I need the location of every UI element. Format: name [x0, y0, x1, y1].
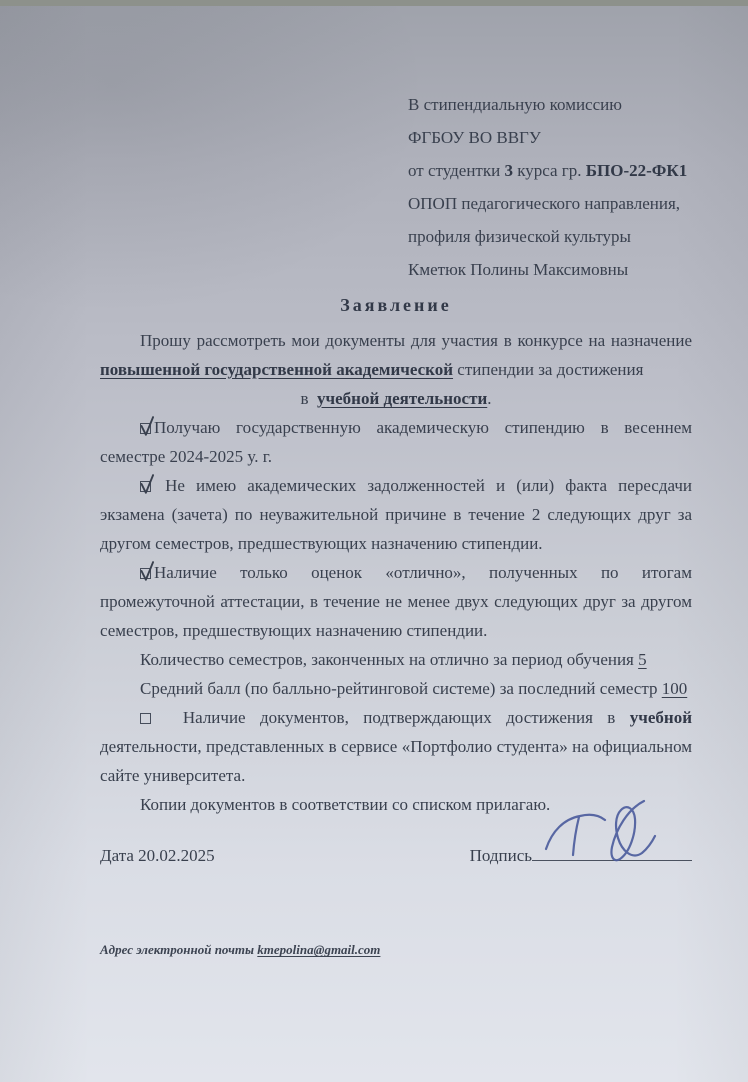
group-code: БПО-22-ФК1	[586, 161, 687, 180]
intro-part1: Прошу рассмотреть мои документы для учас…	[140, 331, 692, 350]
checklist-item-1-text: Получаю государственную академическую ст…	[100, 418, 692, 466]
date-value: 20.02.2025	[138, 846, 215, 865]
document-content: В стипендиальную комиссию ФГБОУ ВО ВВГУ …	[0, 0, 748, 960]
date-group: Дата 20.02.2025	[100, 841, 215, 870]
addressee-block: В стипендиальную комиссию ФГБОУ ВО ВВГУ …	[408, 88, 692, 286]
checklist-item-4: Наличие документов, подтверждающих дости…	[100, 703, 692, 790]
profile-line: профиля физической культуры	[408, 220, 692, 253]
applicant-name: Кметюк Полины Максимовны	[408, 253, 692, 286]
email-footer: Адрес электронной почты kmepolina@gmail.…	[100, 940, 692, 960]
activity-type-line: в учебной деятельности.	[100, 384, 692, 413]
university-line: ФГБОУ ВО ВВГУ	[408, 121, 692, 154]
checklist-item-2: Не имею академических задолженностей и (…	[100, 471, 692, 558]
scanned-application-document: В стипендиальную комиссию ФГБОУ ВО ВВГУ …	[0, 0, 748, 1082]
checklist-item-4-bold: учебной	[630, 708, 692, 727]
course-number: 3	[504, 161, 513, 180]
checklist-item-4-pre: Наличие документов, подтверждающих дости…	[183, 708, 630, 727]
addressee-line: В стипендиальную комиссию	[408, 88, 692, 121]
handwritten-signature	[538, 795, 688, 879]
student-line: от студентки 3 курса гр. БПО-22-ФК1	[408, 154, 692, 187]
checkbox-unchecked-icon	[140, 713, 151, 724]
checklist-item-3: Наличие только оценок «отлично», получен…	[100, 558, 692, 645]
checklist-item-3-text: Наличие только оценок «отлично», получен…	[100, 563, 692, 640]
email-label: Адрес электронной почты	[100, 942, 257, 957]
average-score-line: Средний балл (по балльно-рейтинговой сис…	[100, 674, 692, 703]
email-address: kmepolina@gmail.com	[257, 942, 380, 957]
average-score-label: Средний балл (по балльно-рейтинговой сис…	[140, 679, 662, 698]
student-line-mid: курса гр.	[513, 161, 586, 180]
checklist-item-2-text: Не имею академических задолженностей и (…	[100, 476, 692, 553]
semesters-value: 5	[638, 650, 647, 669]
checkbox-checked-icon	[140, 568, 151, 579]
checkbox-checked-icon	[140, 423, 151, 434]
student-line-pre: от студентки	[408, 161, 504, 180]
checklist-item-1: Получаю государственную академическую ст…	[100, 413, 692, 471]
document-title: Заявление	[100, 290, 692, 320]
semesters-stat-line: Количество семестров, законченных на отл…	[100, 645, 692, 674]
intro-paragraph: Прошу рассмотреть мои документы для учас…	[100, 326, 692, 384]
activity-value: учебной деятельности	[317, 389, 487, 408]
date-signature-row: Дата 20.02.2025 Подпись	[100, 841, 692, 870]
scholarship-type-bold: повышенной государственной академической	[100, 360, 453, 379]
checklist-item-4-post: деятельности, представленных в сервисе «…	[100, 737, 692, 785]
average-score-value: 100	[662, 679, 688, 698]
date-label: Дата	[100, 846, 134, 865]
semesters-label: Количество семестров, законченных на отл…	[140, 650, 638, 669]
intro-part2: стипендии за достижения	[453, 360, 643, 379]
program-line: ОПОП педагогического направления,	[408, 187, 692, 220]
checkbox-checked-icon	[140, 481, 151, 492]
signature-line	[532, 841, 692, 861]
signature-label: Подпись	[470, 841, 532, 870]
activity-pre: в	[300, 389, 308, 408]
activity-period: .	[487, 389, 491, 408]
signature-group: Подпись	[470, 841, 692, 870]
